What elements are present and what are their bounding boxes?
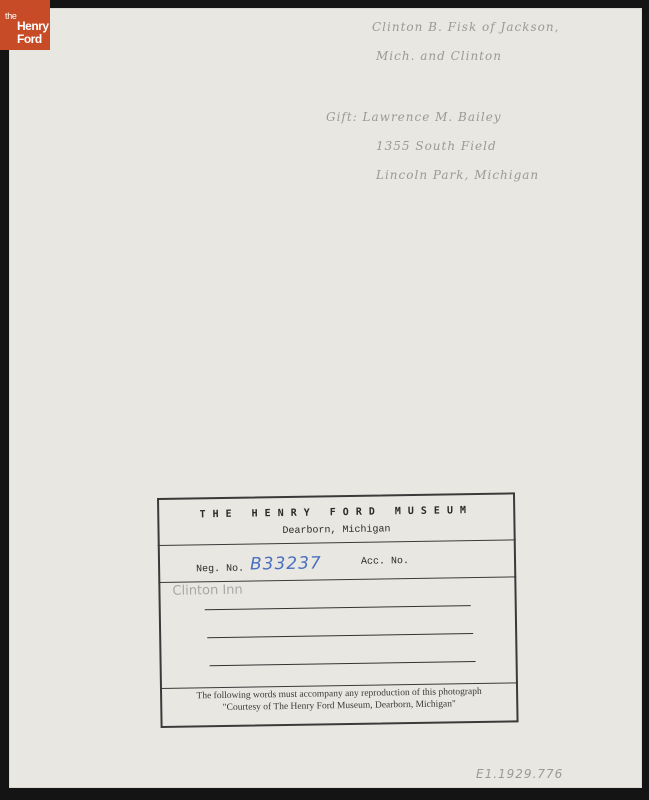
handwritten-note-line: Mich. and Clinton (376, 49, 502, 63)
object-number: E1.1929.776 (476, 767, 563, 781)
museum-stamp: THE HENRY FORD MUSEUM Dearborn, Michigan… (157, 492, 519, 728)
photo-title: Clinton Inn (172, 583, 243, 599)
neg-number: B33237 (250, 553, 322, 574)
logo-the: the (5, 11, 17, 21)
gift-note-line: Gift: Lawrence M. Bailey (326, 110, 502, 124)
handwritten-note-line: Clinton B. Fisk of Jackson, (372, 20, 559, 34)
logo-henry: Henry (17, 19, 49, 33)
gift-note-line: Lincoln Park, Michigan (376, 168, 539, 182)
logo-ford: Ford (17, 32, 42, 46)
acc-label: Acc. No. (361, 556, 409, 568)
neg-label: Neg. No. (196, 564, 244, 576)
gift-note-line: 1355 South Field (376, 139, 497, 153)
henry-ford-logo[interactable]: the Henry Ford (0, 0, 50, 50)
